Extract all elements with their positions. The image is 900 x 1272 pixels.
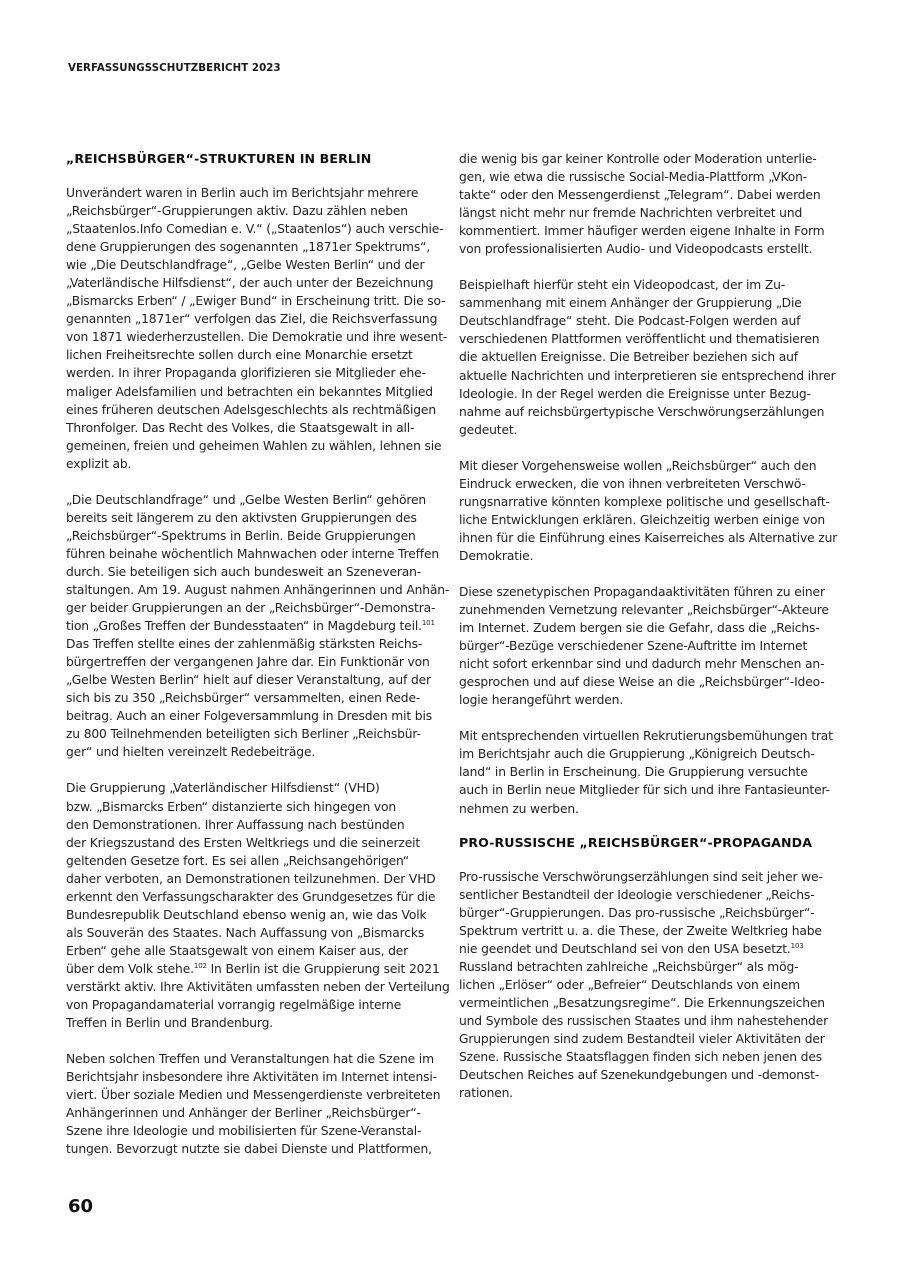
- text-line: erkennt den Verfassungscharakter des Gru…: [66, 888, 446, 906]
- text-line: von professionalisierten Audio- und Vide…: [459, 240, 839, 258]
- text-line: Berichtsjahr insbesondere ihre Aktivität…: [66, 1068, 446, 1086]
- text-line: explizit ab.: [66, 455, 446, 473]
- text-line: viert. Über soziale Medien und Messenger…: [66, 1086, 446, 1104]
- right-column: die wenig bis gar keiner Kontrolle oder …: [459, 150, 839, 1102]
- text-line: land“ in Berlin in Erscheinung. Die Grup…: [459, 763, 839, 781]
- paragraph: Diese szenetypischen Propagandaaktivität…: [459, 583, 839, 709]
- text-line: „Vaterländische Hilfsdienst“, der auch u…: [66, 274, 446, 292]
- text-line: nahme auf reichsbürgertypische Verschwör…: [459, 403, 839, 421]
- line-text-tail: In Berlin ist die Gruppierung seit 2021: [207, 962, 440, 976]
- text-line: auch in Berlin neue Mitglieder für sich …: [459, 781, 839, 799]
- text-line: Mit entsprechenden virtuellen Rekrutieru…: [459, 727, 839, 745]
- paragraph: Beispielhaft hierfür steht ein Videopodc…: [459, 276, 839, 438]
- text-line: dene Gruppierungen des sogenannten „1871…: [66, 238, 446, 256]
- line-text: über dem Volk stehe.: [66, 962, 194, 976]
- text-line: sich bis zu 350 „Reichsbürger“ versammel…: [66, 689, 446, 707]
- text-line: Das Treffen stellte eines der zahlenmäßi…: [66, 635, 446, 653]
- text-line: bürger“-Gruppierungen. Das pro-russische…: [459, 904, 839, 922]
- text-line: verstärkt aktiv. Ihre Aktivitäten umfass…: [66, 978, 446, 996]
- text-line: Die Gruppierung „Vaterländischer Hilfsdi…: [66, 779, 446, 797]
- text-line: Spektrum vertritt u. a. die These, der Z…: [459, 922, 839, 940]
- text-line: „Bismarcks Erben“ / „Ewiger Bund“ in Ers…: [66, 292, 446, 310]
- text-line: Ideologie. In der Regel werden die Ereig…: [459, 385, 839, 403]
- text-line: aktuelle Nachrichten und interpretieren …: [459, 367, 839, 385]
- text-line: verschiedenen Plattformen veröffentlicht…: [459, 330, 839, 348]
- text-line: Anhängerinnen und Anhänger der Berliner …: [66, 1104, 446, 1122]
- text-line: zunehmenden Vernetzung relevanter „Reich…: [459, 601, 839, 619]
- text-line: Pro-russische Verschwörungserzählungen s…: [459, 868, 839, 886]
- text-line: bereits seit längerem zu den aktivsten G…: [66, 509, 446, 527]
- text-line: eines früheren deutschen Adelsgeschlecht…: [66, 401, 446, 419]
- text-line: staltungen. Am 19. August nahmen Anhänge…: [66, 581, 446, 599]
- text-line: „Gelbe Westen Berlin“ hielt auf dieser V…: [66, 671, 446, 689]
- text-line: gesprochen und auf diese Weise an die „R…: [459, 673, 839, 691]
- text-line: Gruppierungen sind zudem Bestandteil vie…: [459, 1030, 839, 1048]
- text-line: nehmen zu werben.: [459, 800, 839, 818]
- text-line: ihnen für die Einführung eines Kaiserrei…: [459, 529, 839, 547]
- text-line: bzw. „Bismarcks Erben“ distanzierte sich…: [66, 798, 446, 816]
- text-line: lichen Freiheitsrechte sollen durch eine…: [66, 346, 446, 364]
- text-line: kommentiert. Immer häufiger werden eigen…: [459, 222, 839, 240]
- text-line: die wenig bis gar keiner Kontrolle oder …: [459, 150, 839, 168]
- text-line-with-footnote: nie geendet und Deutschland sei von den …: [459, 940, 839, 958]
- text-line: vermeintlichen „Besatzungsregime“. Die E…: [459, 994, 839, 1012]
- text-line: sentlicher Bestandteil der Ideologie ver…: [459, 886, 839, 904]
- text-line: Mit dieser Vorgehensweise wollen „Reichs…: [459, 457, 839, 475]
- line-text: nie geendet und Deutschland sei von den …: [459, 942, 791, 956]
- text-line: führen beinahe wöchentlich Mahnwachen od…: [66, 545, 446, 563]
- text-line-with-footnote: tion „Großes Treffen der Bundesstaaten“ …: [66, 617, 446, 635]
- text-line-with-footnote: über dem Volk stehe.102 In Berlin ist di…: [66, 960, 446, 978]
- line-text: tion „Großes Treffen der Bundesstaaten“ …: [66, 619, 422, 633]
- text-line: Eindruck erwecken, die von ihnen verbrei…: [459, 475, 839, 493]
- text-line: maliger Adelsfamilien und betrachten ein…: [66, 383, 446, 401]
- text-line: von Propagandamaterial vorrangig regelmä…: [66, 996, 446, 1014]
- text-line: takte“ oder den Messengerdienst „Telegra…: [459, 186, 839, 204]
- text-line: „Die Deutschlandfrage“ und „Gelbe Westen…: [66, 491, 446, 509]
- section-heading-structures: „REICHSBÜRGER“-STRUKTUREN IN BERLIN: [66, 150, 446, 168]
- text-line: ger“ und hielten vereinzelt Redebeiträge…: [66, 743, 446, 761]
- paragraph: Mit dieser Vorgehensweise wollen „Reichs…: [459, 457, 839, 565]
- text-line: tungen. Bevorzugt nutzte sie dabei Diens…: [66, 1140, 446, 1158]
- text-line: „Reichsbürger“-Spektrums in Berlin. Beid…: [66, 527, 446, 545]
- text-line: beitrag. Auch an einer Folgeversammlung …: [66, 707, 446, 725]
- text-line: den Demonstrationen. Ihrer Auffassung na…: [66, 816, 446, 834]
- text-line: ger beider Gruppierungen an der „Reichsb…: [66, 599, 446, 617]
- page-number: 60: [68, 1196, 93, 1217]
- text-line: und Symbole des russischen Staates und i…: [459, 1012, 839, 1030]
- running-head: VERFASSUNGSSCHUTZBERICHT 2023: [68, 63, 281, 74]
- section-heading-pro-russian: PRO-RUSSISCHE „REICHSBÜRGER“-PROPAGANDA: [459, 834, 839, 852]
- text-line: lichen „Erlöser“ oder „Befreier“ Deutsch…: [459, 976, 839, 994]
- text-line: „Reichsbürger“-Gruppierungen aktiv. Dazu…: [66, 202, 446, 220]
- text-line: Diese szenetypischen Propagandaaktivität…: [459, 583, 839, 601]
- text-line: gemeinen, freien und geheimen Wahlen zu …: [66, 437, 446, 455]
- text-line: von 1871 wiederherzustellen. Die Demokra…: [66, 328, 446, 346]
- text-line: sammenhang mit einem Anhänger der Gruppi…: [459, 294, 839, 312]
- text-line: durch. Sie beteiligen sich auch bundeswe…: [66, 563, 446, 581]
- text-line: Erben“ gehe alle Staatsgewalt von einem …: [66, 942, 446, 960]
- text-line: Unverändert waren in Berlin auch im Beri…: [66, 184, 446, 202]
- paragraph: Mit entsprechenden virtuellen Rekrutieru…: [459, 727, 839, 817]
- text-line: bürger“-Bezüge verschiedener Szene-Auftr…: [459, 637, 839, 655]
- text-line: gedeutet.: [459, 421, 839, 439]
- paragraph: „Die Deutschlandfrage“ und „Gelbe Westen…: [66, 491, 446, 762]
- text-line: „Staatenlos.Info Comedian e. V.“ („Staat…: [66, 220, 446, 238]
- text-line: genannten „1871er“ verfolgen das Ziel, d…: [66, 310, 446, 328]
- text-line: geltenden Gesetze fort. Es sei allen „Re…: [66, 852, 446, 870]
- text-line: Neben solchen Treffen und Veranstaltunge…: [66, 1050, 446, 1068]
- text-line: Szene ihre Ideologie und mobilisierten f…: [66, 1122, 446, 1140]
- text-line: im Berichtsjahr auch die Gruppierung „Kö…: [459, 745, 839, 763]
- footnote-ref-103[interactable]: 103: [791, 942, 804, 950]
- paragraph: Unverändert waren in Berlin auch im Beri…: [66, 184, 446, 473]
- text-line: nicht sofort erkennbar sind und dadurch …: [459, 655, 839, 673]
- paragraph: Die Gruppierung „Vaterländischer Hilfsdi…: [66, 779, 446, 1032]
- footnote-ref-101[interactable]: 101: [422, 619, 435, 627]
- paragraph: Neben solchen Treffen und Veranstaltunge…: [66, 1050, 446, 1158]
- text-line: wie „Die Deutschlandfrage“, „Gelbe Weste…: [66, 256, 446, 274]
- footnote-ref-102[interactable]: 102: [194, 962, 207, 970]
- text-line: Szene. Russische Staatsflaggen finden si…: [459, 1048, 839, 1066]
- text-line: als Souverän des Staates. Nach Auffassun…: [66, 924, 446, 942]
- text-line: der Kriegszustand des Ersten Weltkriegs …: [66, 834, 446, 852]
- text-line: die aktuellen Ereignisse. Die Betreiber …: [459, 348, 839, 366]
- text-line: daher verboten, an Demonstrationen teilz…: [66, 870, 446, 888]
- left-column: „REICHSBÜRGER“-STRUKTUREN IN BERLIN Unve…: [66, 150, 446, 1158]
- text-line: längst nicht mehr nur fremde Nachrichten…: [459, 204, 839, 222]
- text-line: liche Entwicklungen erklären. Gleichzeit…: [459, 511, 839, 529]
- text-line: rungsnarrative könnten komplexe politisc…: [459, 493, 839, 511]
- text-line: Bundesrepublik Deutschland ebenso wenig …: [66, 906, 446, 924]
- paragraph: die wenig bis gar keiner Kontrolle oder …: [459, 150, 839, 258]
- text-line: im Internet. Zudem bergen sie die Gefahr…: [459, 619, 839, 637]
- text-line: Beispielhaft hierfür steht ein Videopodc…: [459, 276, 839, 294]
- text-line: rationen.: [459, 1084, 839, 1102]
- text-line: Russland betrachten zahlreiche „Reichsbü…: [459, 958, 839, 976]
- text-line: bürgertreffen der vergangenen Jahre dar.…: [66, 653, 446, 671]
- text-line: logie herangeführt werden.: [459, 691, 839, 709]
- text-line: Demokratie.: [459, 547, 839, 565]
- text-line: Treffen in Berlin und Brandenburg.: [66, 1014, 446, 1032]
- text-line: gen, wie etwa die russische Social-Media…: [459, 168, 839, 186]
- text-line: Deutschen Reiches auf Szenekundgebungen …: [459, 1066, 839, 1084]
- text-line: zu 800 Teilnehmenden beteiligten sich Be…: [66, 725, 446, 743]
- text-line: Thronfolger. Das Recht des Volkes, die S…: [66, 419, 446, 437]
- text-line: werden. In ihrer Propaganda glorifiziere…: [66, 364, 446, 382]
- paragraph: Pro-russische Verschwörungserzählungen s…: [459, 868, 839, 1103]
- text-line: Deutschlandfrage“ steht. Die Podcast-Fol…: [459, 312, 839, 330]
